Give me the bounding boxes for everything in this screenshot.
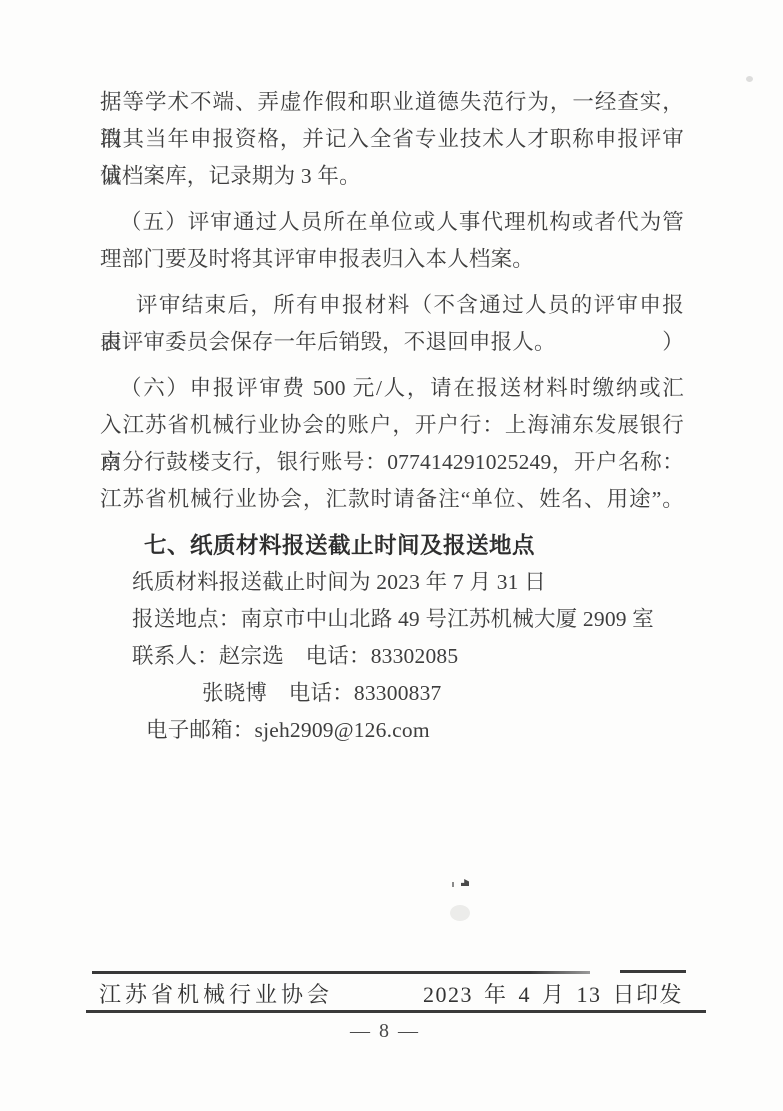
scan-artifact-smudge	[746, 76, 753, 82]
body-line: 消其当年申报资格，并记入全省专业技术人才职称申报评审诚	[100, 121, 684, 158]
section-heading: 七、纸质材料报送截止时间及报送地点	[100, 527, 684, 564]
footer-rule-top-right	[620, 970, 686, 973]
body-line: 理部门要及时将其评审申报表归入本人档案。	[100, 241, 684, 278]
body-line: 京分行鼓楼支行，银行账号：077414291025249，开户名称：	[100, 444, 684, 481]
body-line: 联系人：赵宗选 电话：83302085	[100, 638, 684, 675]
document-body: 据等学术不端、弄虚作假和职业道德失范行为，一经查实，取 消其当年申报资格，并记入…	[100, 84, 684, 749]
body-line: 报送地点：南京市中山北路 49 号江苏机械大厦 2909 室	[100, 601, 684, 638]
body-line: （五）评审通过人员所在单位或人事代理机构或者代为管	[100, 204, 684, 241]
body-line: （六）申报评审费 500 元/人，请在报送材料时缴纳或汇	[100, 370, 684, 407]
scan-artifact-speck	[452, 882, 454, 887]
body-line: 江苏省机械行业协会，汇款时请备注“单位、姓名、用途”。	[100, 481, 684, 518]
footer-rule-top-left	[92, 971, 590, 974]
body-line: 据等学术不端、弄虚作假和职业道德失范行为，一经查实，取	[100, 84, 684, 121]
page-number: — 8 —	[0, 1020, 770, 1043]
body-line: 入江苏省机械行业协会的账户，开户行：上海浦东发展银行南	[100, 407, 684, 444]
scan-artifact-speck	[461, 879, 469, 886]
body-line: 电子邮箱：sjeh2909@126.com	[100, 712, 684, 749]
body-line: 张晓博 电话：83300837	[100, 675, 684, 712]
scan-artifact-smudge	[450, 905, 470, 921]
footer-issue-date: 2023 年 4 月 13 日印发	[423, 978, 683, 1009]
body-line: 纸质材料报送截止时间为 2023 年 7 月 31 日	[100, 564, 684, 601]
document-page: 据等学术不端、弄虚作假和职业道德失范行为，一经查实，取 消其当年申报资格，并记入…	[0, 0, 783, 1111]
footer-organization: 江苏省机械行业协会	[99, 978, 333, 1009]
footer-rule-bottom	[86, 1010, 706, 1013]
body-line: 评审结束后，所有申报材料（不含通过人员的评审申报表）	[100, 287, 684, 324]
body-line: 信档案库，记录期为 3 年。	[100, 158, 684, 195]
